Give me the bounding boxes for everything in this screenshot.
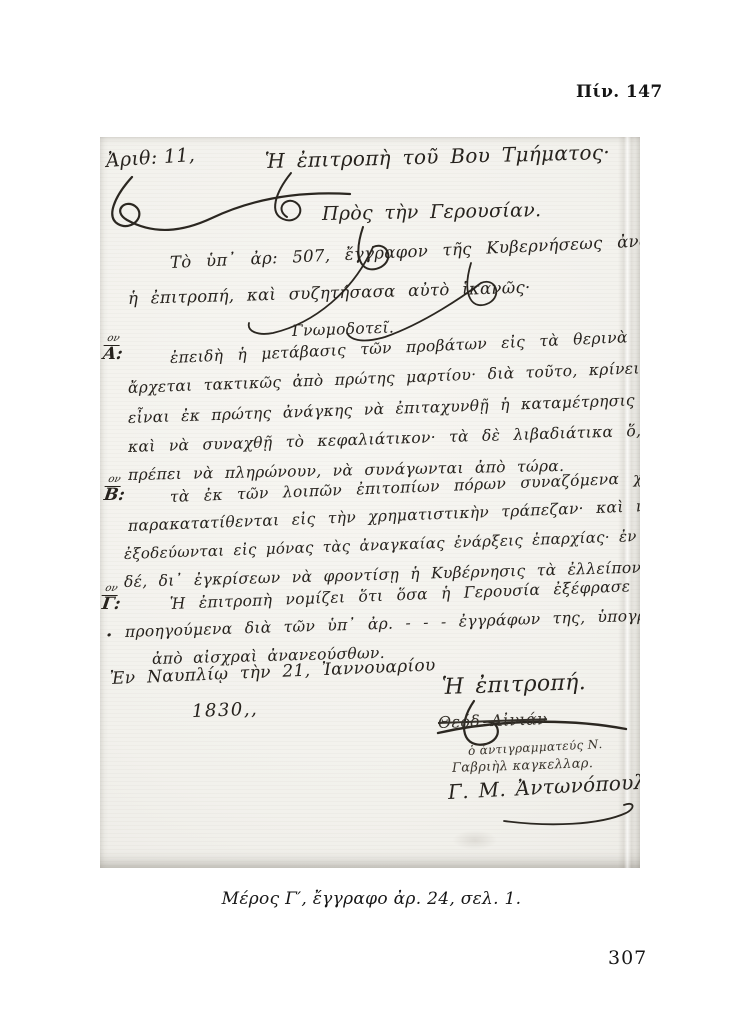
manuscript-title: Ἡ ἐπιτροπὴ τοῦ Βου Τμήματος· bbox=[265, 142, 610, 171]
manuscript-line: ἐπειδὴ ἡ μετάβασις τῶν προβάτων εἰς τὰ θ… bbox=[170, 327, 640, 367]
manuscript-verdict: Γνωμοδοτεῖ. bbox=[292, 320, 395, 339]
manuscript-ref-number: Ἀριθ: 11, bbox=[105, 146, 195, 171]
marker-letter: Α: bbox=[102, 346, 124, 364]
manuscript-line: ἡ ἐπιτροπή, καὶ συζητήσασα αὐτὸ ἱκανῶς· bbox=[128, 280, 531, 308]
ink-flourish bbox=[102, 173, 357, 239]
margin-bullet: · bbox=[106, 627, 113, 645]
section-marker-gamma: ον Γ: bbox=[102, 584, 120, 614]
manuscript-line: καὶ νὰ συναχθῇ τὸ κεφαλιάτικον· τὰ δὲ λι… bbox=[128, 423, 640, 455]
marker-letter: Γ: bbox=[101, 596, 122, 614]
section-marker-alpha: ον Α: bbox=[103, 334, 122, 364]
manuscript-closing: Ἡ ἐπιτροπή. bbox=[442, 672, 587, 699]
figure-caption: Μέρος Γ′, ἔγγραφο ἀρ. 24, σελ. 1. bbox=[0, 889, 743, 909]
page-number: 307 bbox=[608, 947, 647, 969]
marker-letter: Β: bbox=[103, 487, 126, 505]
crossed-out-signature: Θεόδ. Αἰνιάν bbox=[438, 711, 548, 731]
manuscript-addressee: Πρὸς τὴν Γερουσίαν. bbox=[322, 201, 542, 224]
manuscript-dateline-year: 1830,, bbox=[192, 701, 259, 721]
plate-label: Πίν. 147 bbox=[576, 82, 663, 102]
paper-stain bbox=[445, 827, 505, 853]
manuscript-line: εἶναι ἐκ πρώτης ἀνάγκης νὰ ἐπιταχυνθῇ ἡ … bbox=[128, 391, 640, 426]
secretary-note-line: Γαβριὴλ καγκελλαρ. bbox=[452, 757, 594, 775]
ink-flourish bbox=[500, 799, 640, 829]
secretary-note-line: ὁ ἀντιγραμματεύς Ν. bbox=[468, 738, 603, 757]
manuscript-line: Τὸ ὑπ᾽ ἀρ: 507, ἔγγραφον τῆς Κυβερνήσεως… bbox=[170, 230, 640, 271]
manuscript-photo: Ἀριθ: 11, Ἡ ἐπιτροπὴ τοῦ Βου Τμήματος· Π… bbox=[100, 137, 640, 868]
section-marker-beta: ον Β: bbox=[104, 475, 125, 505]
